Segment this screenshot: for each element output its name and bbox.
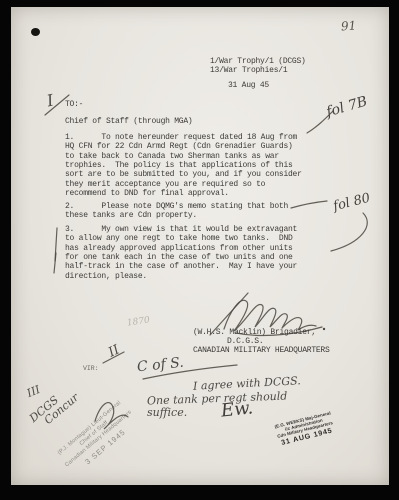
paragraph-2: 2. Please note DQMG's memo stating that … (65, 202, 335, 221)
annotation-c-of-s: C of S. (136, 355, 184, 376)
signatory-title: D.C.G.S. (227, 337, 263, 346)
paper-sheet: 91 1/War Trophy/1 (DCGS) 13/War Trophies… (11, 7, 389, 485)
flag-numeral-i: I (45, 91, 55, 111)
pencil-reference: 1870 (126, 315, 150, 328)
memo-date: 31 Aug 45 (228, 81, 269, 90)
annotation-fol-7b: fol 7B (325, 94, 370, 121)
recipient-line: Chief of Staff (through MGA) (65, 117, 192, 126)
to-label: TO:- (65, 100, 83, 109)
weeks-initials: Ew. (220, 397, 254, 421)
signatory-org: CANADIAN MILITARY HEADQUARTERS (193, 346, 330, 355)
annotation-fol-80: fol 80 (332, 191, 372, 215)
file-reference: 1/War Trophy/1 (DCGS) 13/War Trophies/1 (210, 57, 306, 76)
weeks-stamp: (E.G. WEEKS) Maj-General i/c Administrat… (255, 406, 354, 453)
flag-numeral-iii: III (25, 383, 42, 400)
punch-hole-mark (31, 28, 40, 36)
paragraph-3: 3. My own view is that it would be extra… (65, 225, 335, 281)
annotation-tank-note-1: One tank per regt should (147, 390, 288, 408)
paragraph-1: 1. To note hereunder request dated 18 Au… (65, 133, 335, 198)
scanned-memo-page: 91 1/War Trophy/1 (DCGS) 13/War Trophies… (0, 0, 399, 500)
folio-number: 91 (341, 18, 357, 33)
signatory-name: (W.H.S. Macklin) Brigadier, (193, 328, 316, 337)
